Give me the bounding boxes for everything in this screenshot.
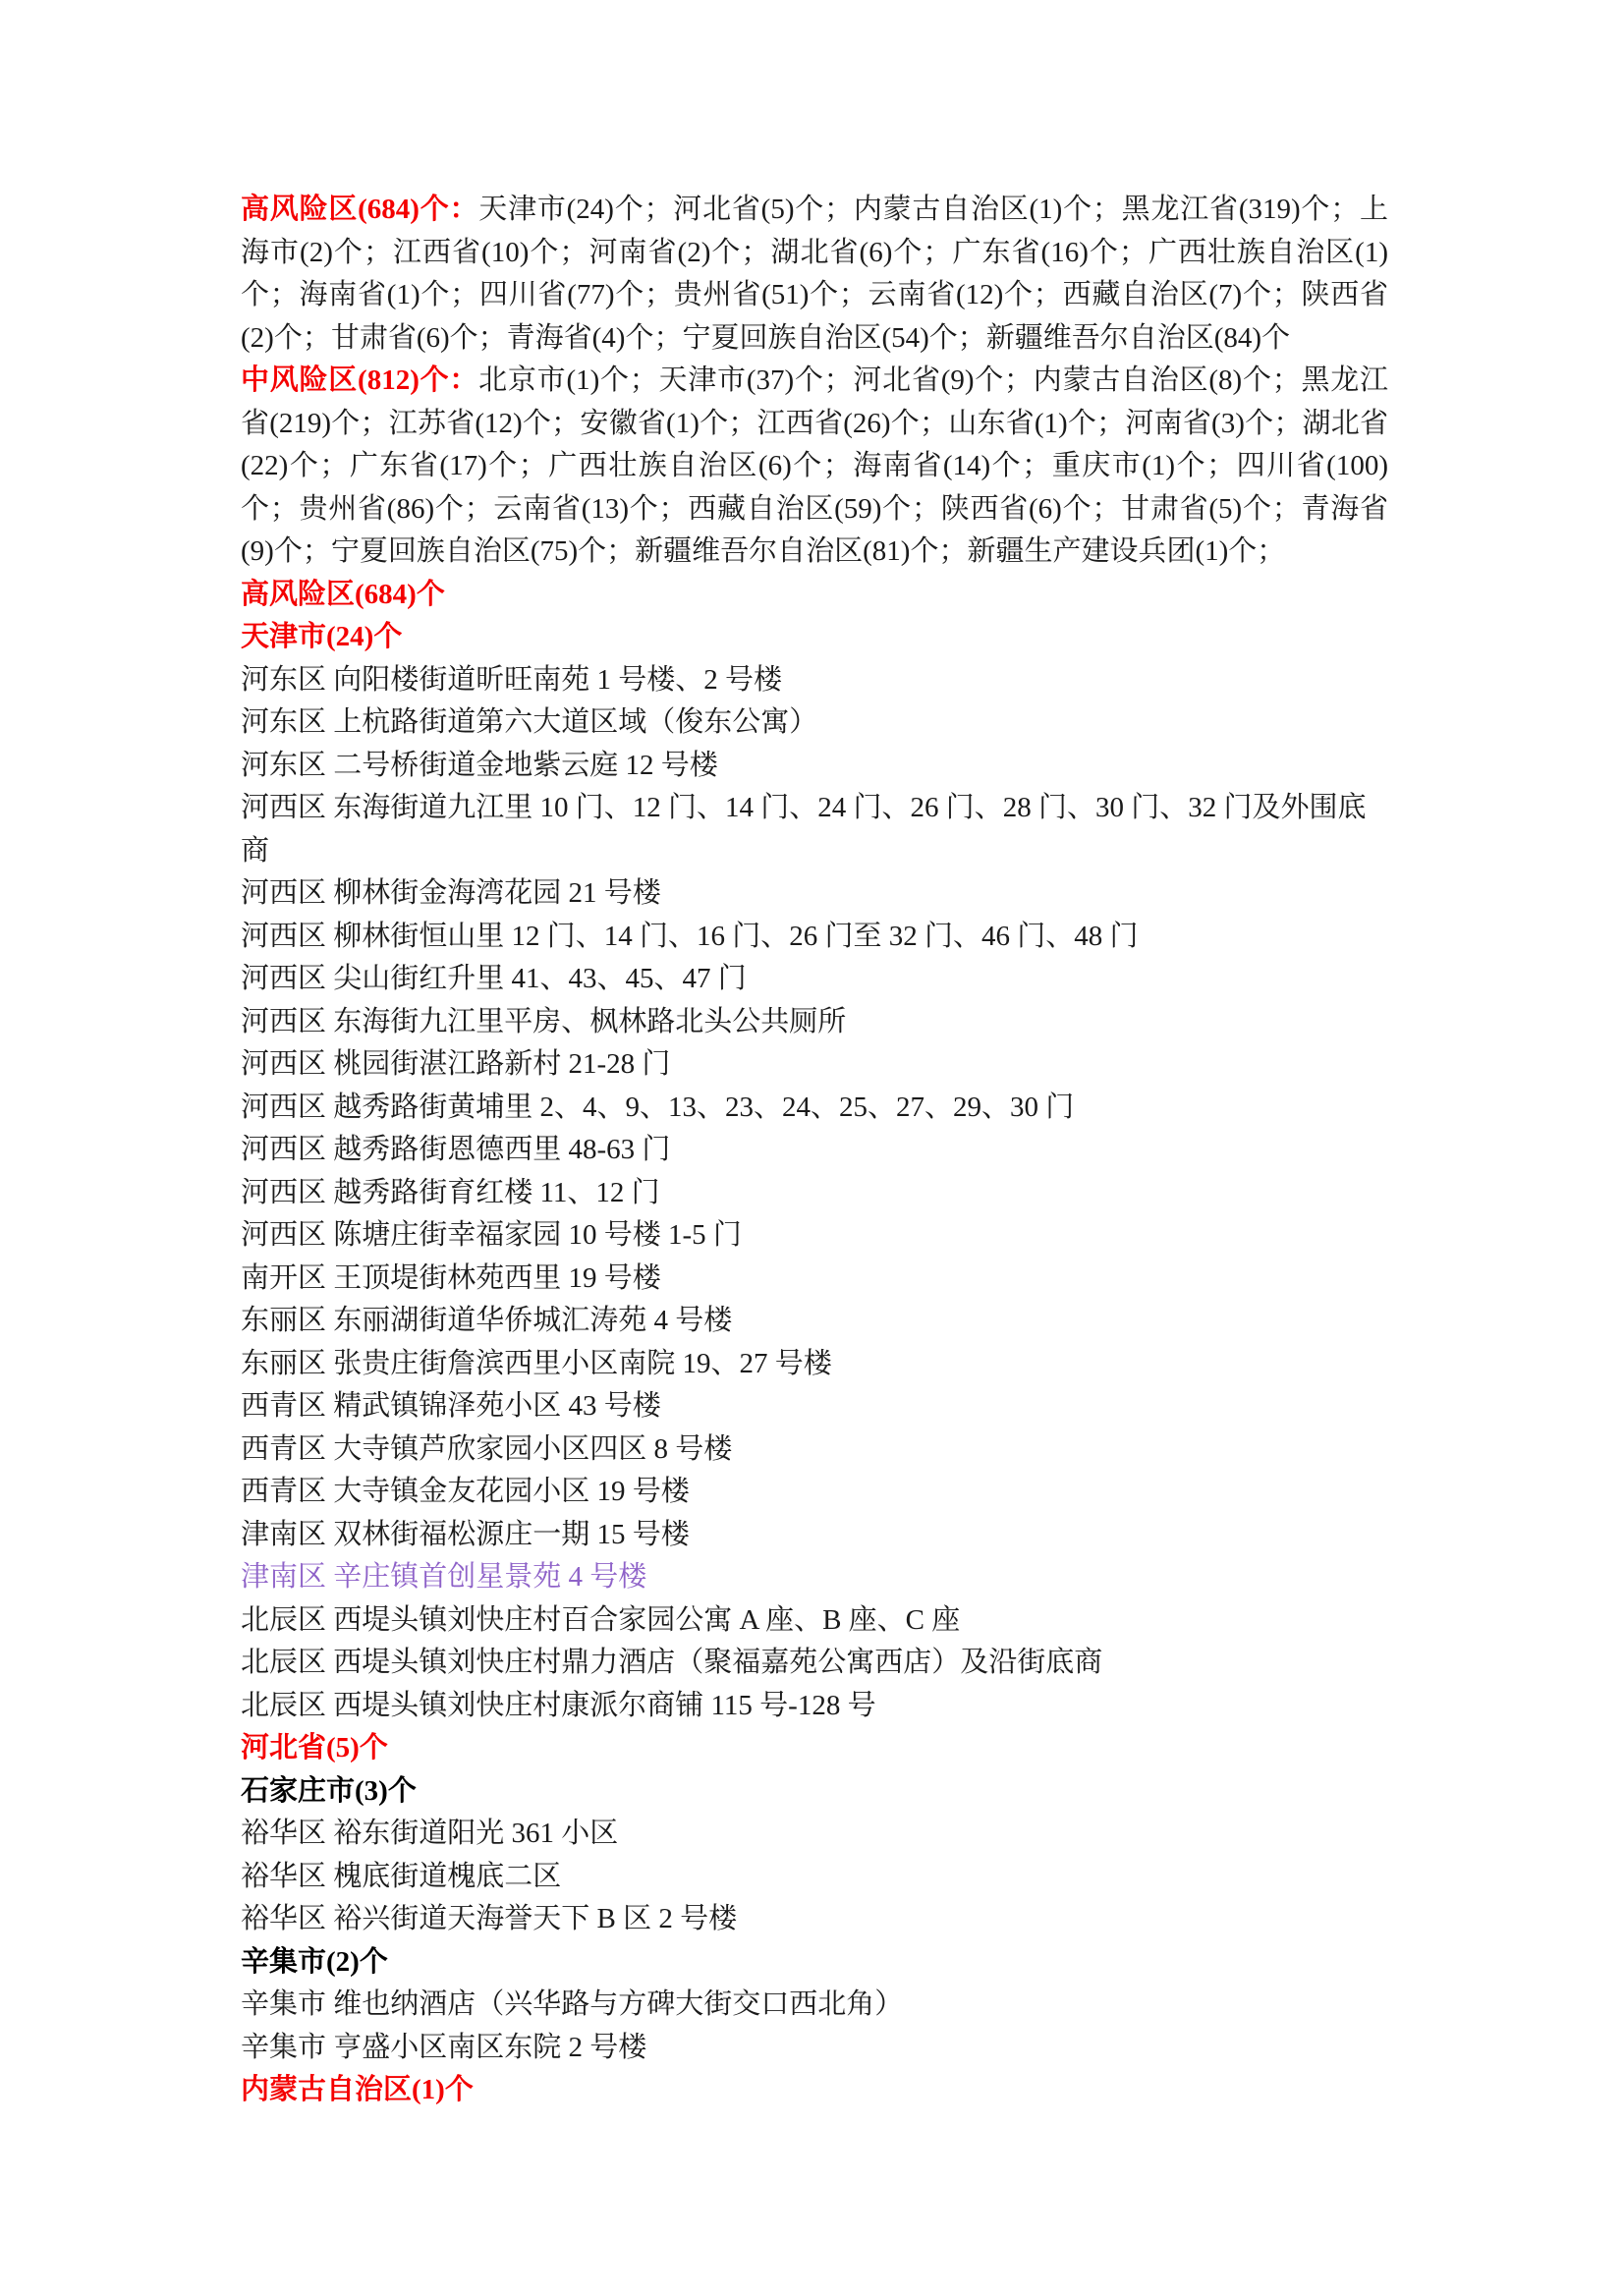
list-item: 辛集市(2)个 — [241, 1941, 1388, 1985]
high-risk-summary-lead: 高风险区(684)个： — [241, 194, 478, 225]
list-item: 北辰区 西堤头镇刘快庄村百合家园公寓 A 座、B 座、C 座 — [241, 1599, 1388, 1643]
high-risk-summary-paragraph: 高风险区(684)个：天津市(24)个；河北省(5)个；内蒙古自治区(1)个；黑… — [241, 189, 1388, 360]
list-item: 天津市(24)个 — [241, 616, 1388, 659]
list-item: 河西区 柳林街恒山里 12 门、14 门、16 门、26 门至 32 门、46 … — [241, 916, 1388, 959]
list-item: 南开区 王顶堤街林苑西里 19 号楼 — [241, 1258, 1388, 1301]
list-item: 河西区 越秀路街育红楼 11、12 门 — [241, 1172, 1388, 1215]
list-item: 河西区 越秀路街黄埔里 2、4、9、13、23、24、25、27、29、30 门 — [241, 1087, 1388, 1130]
list-item: 河西区 柳林街金海湾花园 21 号楼 — [241, 872, 1388, 916]
list-item: 北辰区 西堤头镇刘快庄村康派尔商铺 115 号-128 号 — [241, 1685, 1388, 1728]
document-page: 高风险区(684)个：天津市(24)个；河北省(5)个；内蒙古自治区(1)个；黑… — [0, 0, 1624, 2295]
list-item: 河东区 二号桥街道金地紫云庭 12 号楼 — [241, 745, 1388, 788]
list-item: 河西区 桃园街湛江路新村 21-28 门 — [241, 1043, 1388, 1087]
list-item: 津南区 双林街福松源庄一期 15 号楼 — [241, 1514, 1388, 1557]
list-item: 石家庄市(3)个 — [241, 1770, 1388, 1814]
list-item: 西青区 精武镇锦泽苑小区 43 号楼 — [241, 1385, 1388, 1428]
list-item: 高风险区(684)个 — [241, 574, 1388, 617]
list-item: 河西区 东海街道九江里 10 门、12 门、14 门、24 门、26 门、28 … — [241, 787, 1388, 872]
list-item: 辛集市 亨盛小区南区东院 2 号楼 — [241, 2027, 1388, 2070]
list-item: 河东区 向阳楼街道昕旺南苑 1 号楼、2 号楼 — [241, 659, 1388, 702]
list-item: 河东区 上杭路街道第六大道区域（俊东公寓） — [241, 701, 1388, 745]
medium-risk-summary-lead: 中风险区(812)个： — [241, 364, 478, 396]
list-item: 河西区 尖山街红升里 41、43、45、47 门 — [241, 958, 1388, 1001]
list-item: 辛集市 维也纳酒店（兴华路与方碑大街交口西北角） — [241, 1984, 1388, 2027]
list-item: 津南区 辛庄镇首创星景苑 4 号楼 — [241, 1556, 1388, 1599]
list-item: 西青区 大寺镇芦欣家园小区四区 8 号楼 — [241, 1428, 1388, 1472]
list-item: 东丽区 东丽湖街道华侨城汇涛苑 4 号楼 — [241, 1300, 1388, 1343]
list-item: 裕华区 裕东街道阳光 361 小区 — [241, 1813, 1388, 1856]
list-item: 河西区 陈塘庄街幸福家园 10 号楼 1-5 门 — [241, 1214, 1388, 1258]
list-item: 河西区 东海街九江里平房、枫林路北头公共厕所 — [241, 1001, 1388, 1044]
list-item: 北辰区 西堤头镇刘快庄村鼎力酒店（聚福嘉苑公寓西店）及沿街底商 — [241, 1642, 1388, 1685]
list-item: 东丽区 张贵庄街詹滨西里小区南院 19、27 号楼 — [241, 1343, 1388, 1386]
list-item: 内蒙古自治区(1)个 — [241, 2069, 1388, 2112]
medium-risk-summary-paragraph: 中风险区(812)个：北京市(1)个；天津市(37)个；河北省(9)个；内蒙古自… — [241, 360, 1388, 574]
list-item: 西青区 大寺镇金友花园小区 19 号楼 — [241, 1471, 1388, 1514]
risk-area-list: 高风险区(684)个天津市(24)个河东区 向阳楼街道昕旺南苑 1 号楼、2 号… — [241, 574, 1388, 2112]
list-item: 裕华区 槐底街道槐底二区 — [241, 1856, 1388, 1899]
list-item: 河西区 越秀路街恩德西里 48-63 门 — [241, 1129, 1388, 1172]
list-item: 裕华区 裕兴街道天海誉天下 B 区 2 号楼 — [241, 1898, 1388, 1941]
list-item: 河北省(5)个 — [241, 1727, 1388, 1770]
